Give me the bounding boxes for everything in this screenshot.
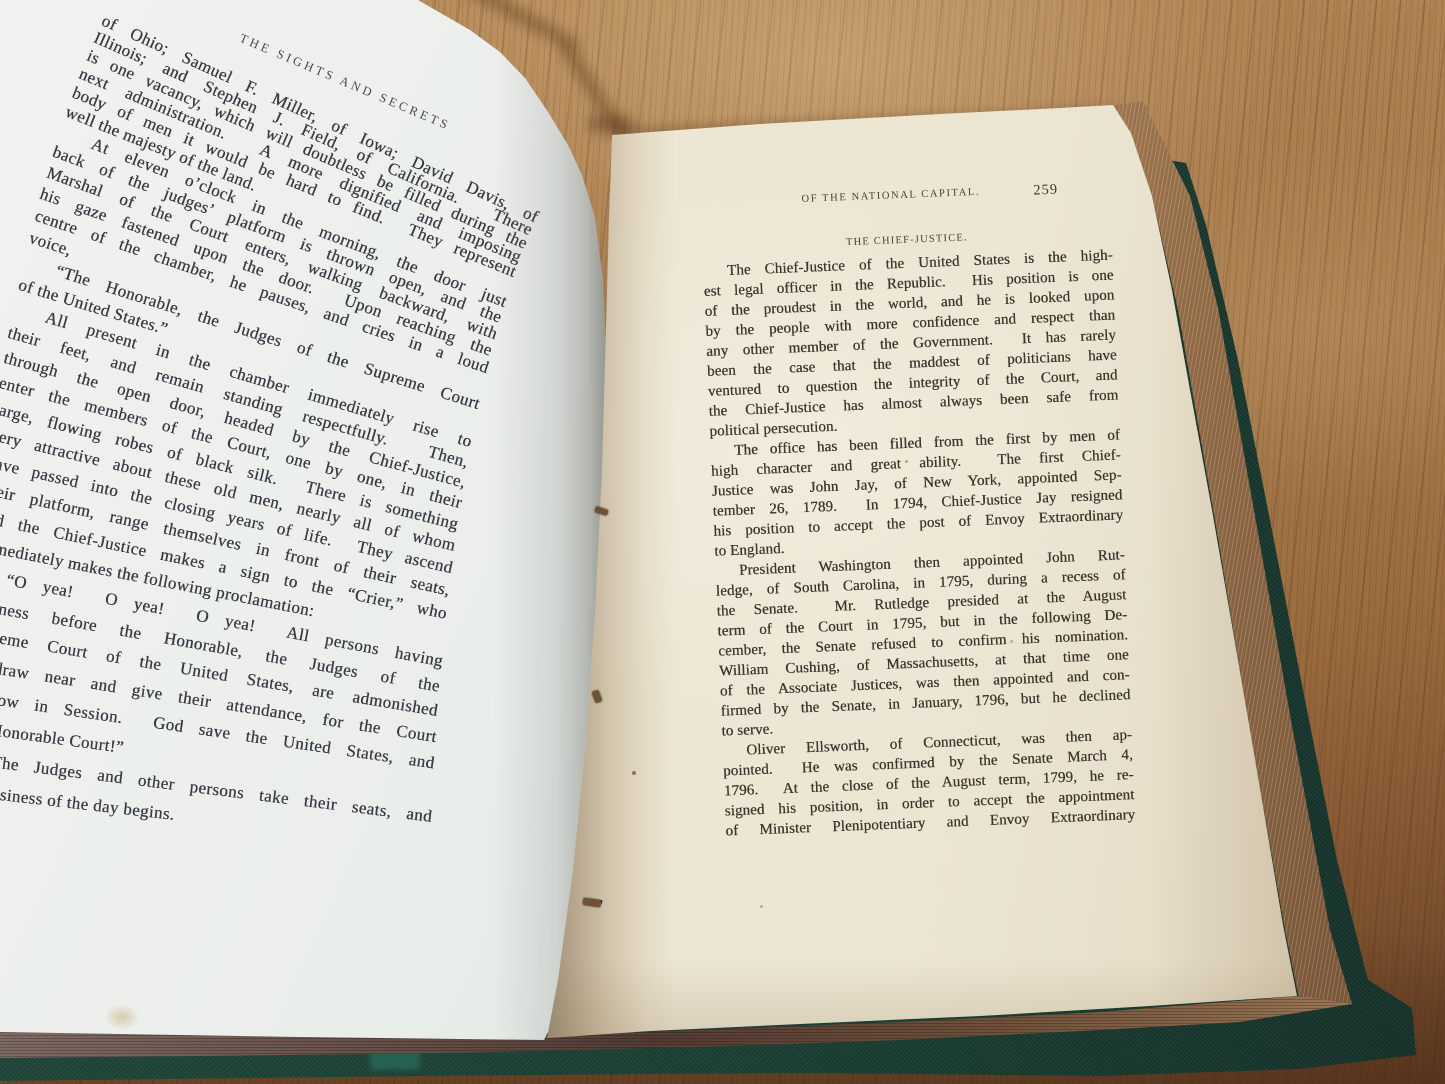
right-page-body: The Chief-Justice of the United States i… (703, 245, 1136, 841)
book-photo: THE SIGHTS AND SECRETS of Ohio; Samuel F… (0, 0, 1445, 1084)
right-page-header: OF THE NATIONAL CAPITAL. 259 (700, 180, 1110, 214)
paper-speck (905, 460, 908, 463)
paper-speck (632, 771, 636, 775)
right-running-head: OF THE NATIONAL CAPITAL. (801, 187, 980, 205)
paper-speck (760, 905, 763, 908)
page-shadow (588, 116, 634, 132)
right-page-text: OF THE NATIONAL CAPITAL. 259 THE CHIEF-J… (700, 180, 1138, 896)
paper-speck (1010, 640, 1013, 643)
paper-stain (104, 1004, 140, 1030)
page-number: 259 (1033, 182, 1058, 200)
